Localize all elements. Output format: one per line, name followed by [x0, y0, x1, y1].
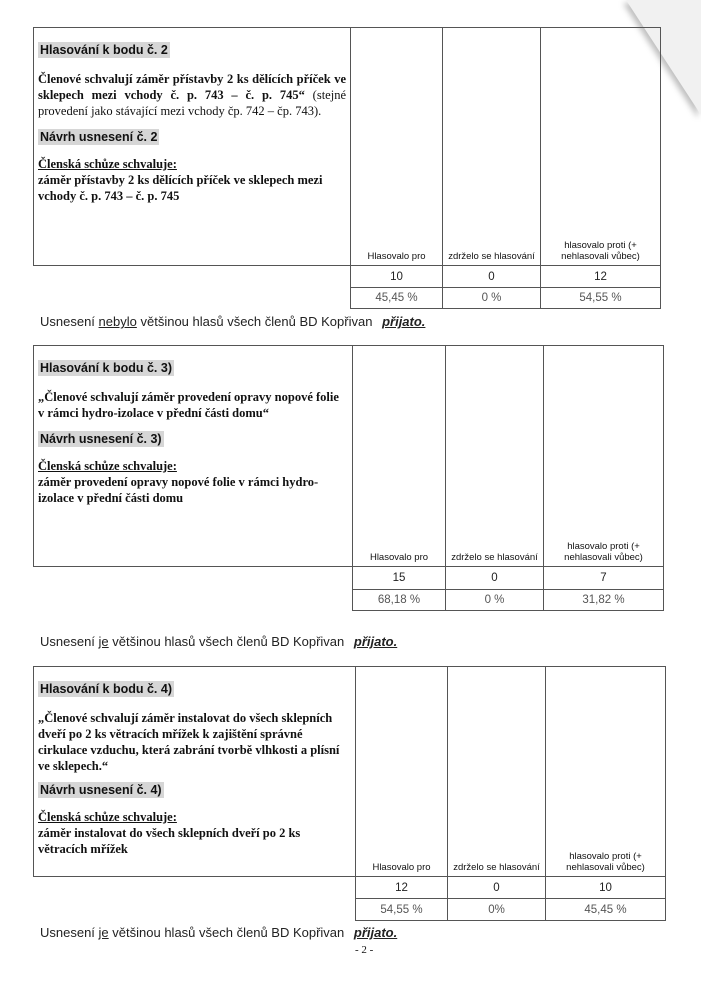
- resolution-heading: Návrh usnesení č. 3): [38, 431, 164, 447]
- header-against: hlasovalo proti (+ nehlasovali vůbec): [540, 27, 661, 266]
- percent-abstain: 0 %: [442, 287, 541, 309]
- resolution-heading: Návrh usnesení č. 2: [38, 129, 159, 145]
- resolution-text: záměr přístavby 2 ks dělících příček ve …: [38, 172, 346, 204]
- result-line: Usnesení nebylo většinou hlasů všech čle…: [40, 314, 425, 329]
- result-prefix: Usnesení: [40, 314, 95, 329]
- vote-heading: Hlasování k bodu č. 2: [38, 42, 170, 58]
- header-for: Hlasovalo pro: [352, 345, 446, 567]
- result-accepted: přijato.: [354, 634, 397, 649]
- votes-for: 15: [352, 566, 446, 590]
- header-abstain: zdrželo se hlasování: [442, 27, 541, 266]
- proposal-cell: Hlasování k bodu č. 2 Členové schvalují …: [33, 27, 351, 266]
- result-prefix: Usnesení: [40, 925, 95, 940]
- header-abstain: zdrželo se hlasování: [445, 345, 544, 567]
- header-for: Hlasovalo pro: [350, 27, 443, 266]
- vote-heading: Hlasování k bodu č. 4): [38, 681, 174, 697]
- votes-for: 10: [350, 265, 443, 288]
- votes-against: 7: [543, 566, 664, 590]
- percent-for: 45,45 %: [350, 287, 443, 309]
- result-accepted: přijato.: [382, 314, 425, 329]
- approves-label: Členská schůze schvaluje:: [38, 809, 351, 825]
- proposal-text: „Členové schvalují záměr provedení oprav…: [38, 389, 348, 421]
- percent-against: 45,45 %: [545, 898, 666, 921]
- percent-for: 54,55 %: [355, 898, 448, 921]
- resolution-text: záměr provedení opravy nopové folie v rá…: [38, 474, 348, 506]
- percent-against: 54,55 %: [540, 287, 661, 309]
- result-middle: většinou hlasů všech členů BD Kopřivan: [112, 925, 344, 940]
- result-middle: většinou hlasů všech členů BD Kopřivan: [140, 314, 372, 329]
- votes-abstain: 0: [445, 566, 544, 590]
- result-line: Usnesení je většinou hlasů všech členů B…: [40, 634, 397, 649]
- header-for: Hlasovalo pro: [355, 666, 448, 877]
- header-abstain: zdrželo se hlasování: [447, 666, 546, 877]
- votes-abstain: 0: [442, 265, 541, 288]
- header-against: hlasovalo proti (+ nehlasovali vůbec): [545, 666, 666, 877]
- votes-against: 12: [540, 265, 661, 288]
- proposal-bold: „Členové schvalují záměr instalovat do v…: [38, 711, 339, 773]
- proposal-cell: Hlasování k bodu č. 4) „Členové schvaluj…: [33, 666, 356, 877]
- proposal-bold: Členové schvalují záměr přístavby 2 ks d…: [38, 72, 346, 102]
- proposal-cell: Hlasování k bodu č. 3) „Členové schvaluj…: [33, 345, 353, 567]
- approves-label: Členská schůze schvaluje:: [38, 156, 346, 172]
- proposal-text: Členové schvalují záměr přístavby 2 ks d…: [38, 71, 346, 119]
- vote-heading: Hlasování k bodu č. 3): [38, 360, 174, 376]
- percent-abstain: 0%: [447, 898, 546, 921]
- result-line: Usnesení je většinou hlasů všech členů B…: [40, 925, 397, 940]
- result-word: nebylo: [99, 314, 137, 329]
- resolution-heading: Návrh usnesení č. 4): [38, 782, 164, 798]
- result-middle: většinou hlasů všech členů BD Kopřivan: [112, 634, 344, 649]
- percent-abstain: 0 %: [445, 589, 544, 611]
- votes-against: 10: [545, 876, 666, 899]
- percent-for: 68,18 %: [352, 589, 446, 611]
- page-number: - 2 -: [355, 944, 373, 956]
- votes-abstain: 0: [447, 876, 546, 899]
- header-against: hlasovalo proti (+ nehlasovali vůbec): [543, 345, 664, 567]
- result-word: je: [99, 925, 109, 940]
- votes-for: 12: [355, 876, 448, 899]
- resolution-text: záměr instalovat do všech sklepních dveř…: [38, 825, 351, 857]
- result-word: je: [99, 634, 109, 649]
- proposal-text: „Členové schvalují záměr instalovat do v…: [38, 710, 351, 774]
- approves-label: Členská schůze schvaluje:: [38, 458, 348, 474]
- result-accepted: přijato.: [354, 925, 397, 940]
- percent-against: 31,82 %: [543, 589, 664, 611]
- proposal-bold: „Členové schvalují záměr provedení oprav…: [38, 390, 339, 420]
- result-prefix: Usnesení: [40, 634, 95, 649]
